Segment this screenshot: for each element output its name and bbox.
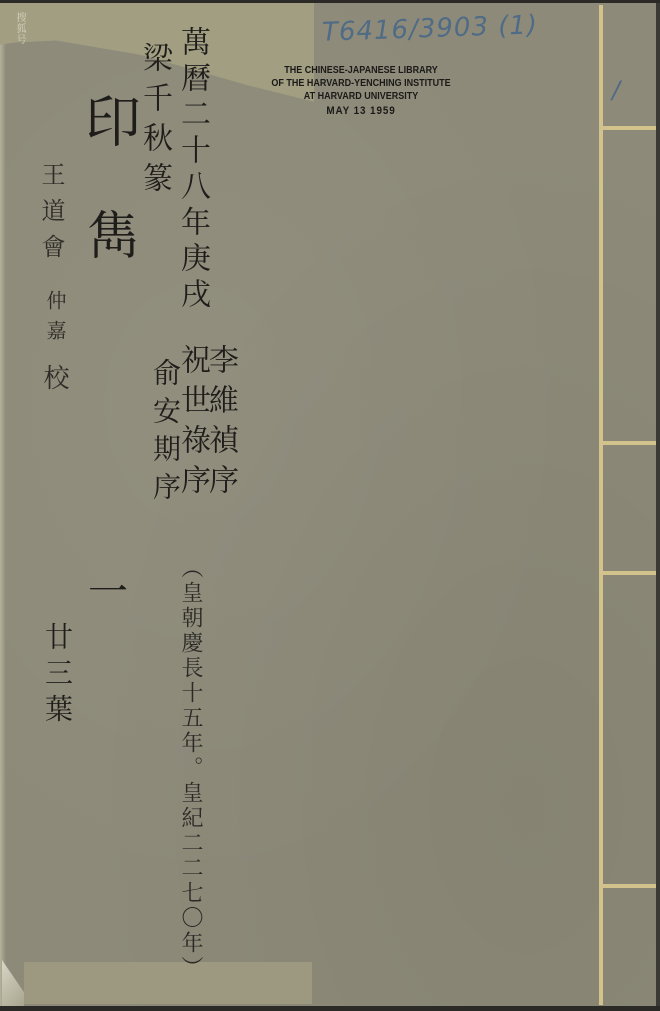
spine-volume-mark: / <box>612 76 620 104</box>
binding-thread-vertical <box>599 5 603 1005</box>
book-cover <box>0 3 658 1006</box>
watermark: 搜狐号 <box>12 12 27 45</box>
stamp-line-3: AT HARVARD UNIVERSITY <box>262 90 460 103</box>
binding-thread-3 <box>601 571 658 575</box>
editor-courtesy-name: 仲嘉 <box>44 290 66 350</box>
engraver-column: 梁千秋篆 <box>138 42 170 202</box>
title-character-1: 印 <box>80 92 136 152</box>
binding-thread-2 <box>601 441 658 445</box>
binding-thread-4 <box>601 884 658 888</box>
volume-number: 一 <box>88 572 132 612</box>
cover-left-edge <box>0 3 6 1006</box>
title-character-2: 雋 <box>80 208 136 264</box>
library-stamp: THE CHINESE-JAPANESE LIBRARY OF THE HARV… <box>262 64 460 118</box>
cover-right-edge <box>656 3 660 1006</box>
leaf-count: 廿三葉 <box>42 622 72 730</box>
stamp-line-4: MAY 13 1959 <box>262 105 460 118</box>
preface-yu-anqi: 俞安期序 <box>150 358 180 510</box>
date-column: 萬曆二十八年庚戌 <box>176 26 208 314</box>
stamp-line-1: THE CHINESE-JAPANESE LIBRARY <box>262 64 460 77</box>
bottom-paper-strip <box>24 962 312 1004</box>
japanese-era-note: （皇朝慶長十五年。皇紀二二七〇年） <box>178 556 202 981</box>
editor-role: 校 <box>40 364 68 394</box>
binding-thread-1 <box>601 126 658 130</box>
stamp-line-2: OF THE HARVARD-YENCHING INSTITUTE <box>262 77 460 90</box>
editor-name: 王道會 <box>38 162 64 270</box>
